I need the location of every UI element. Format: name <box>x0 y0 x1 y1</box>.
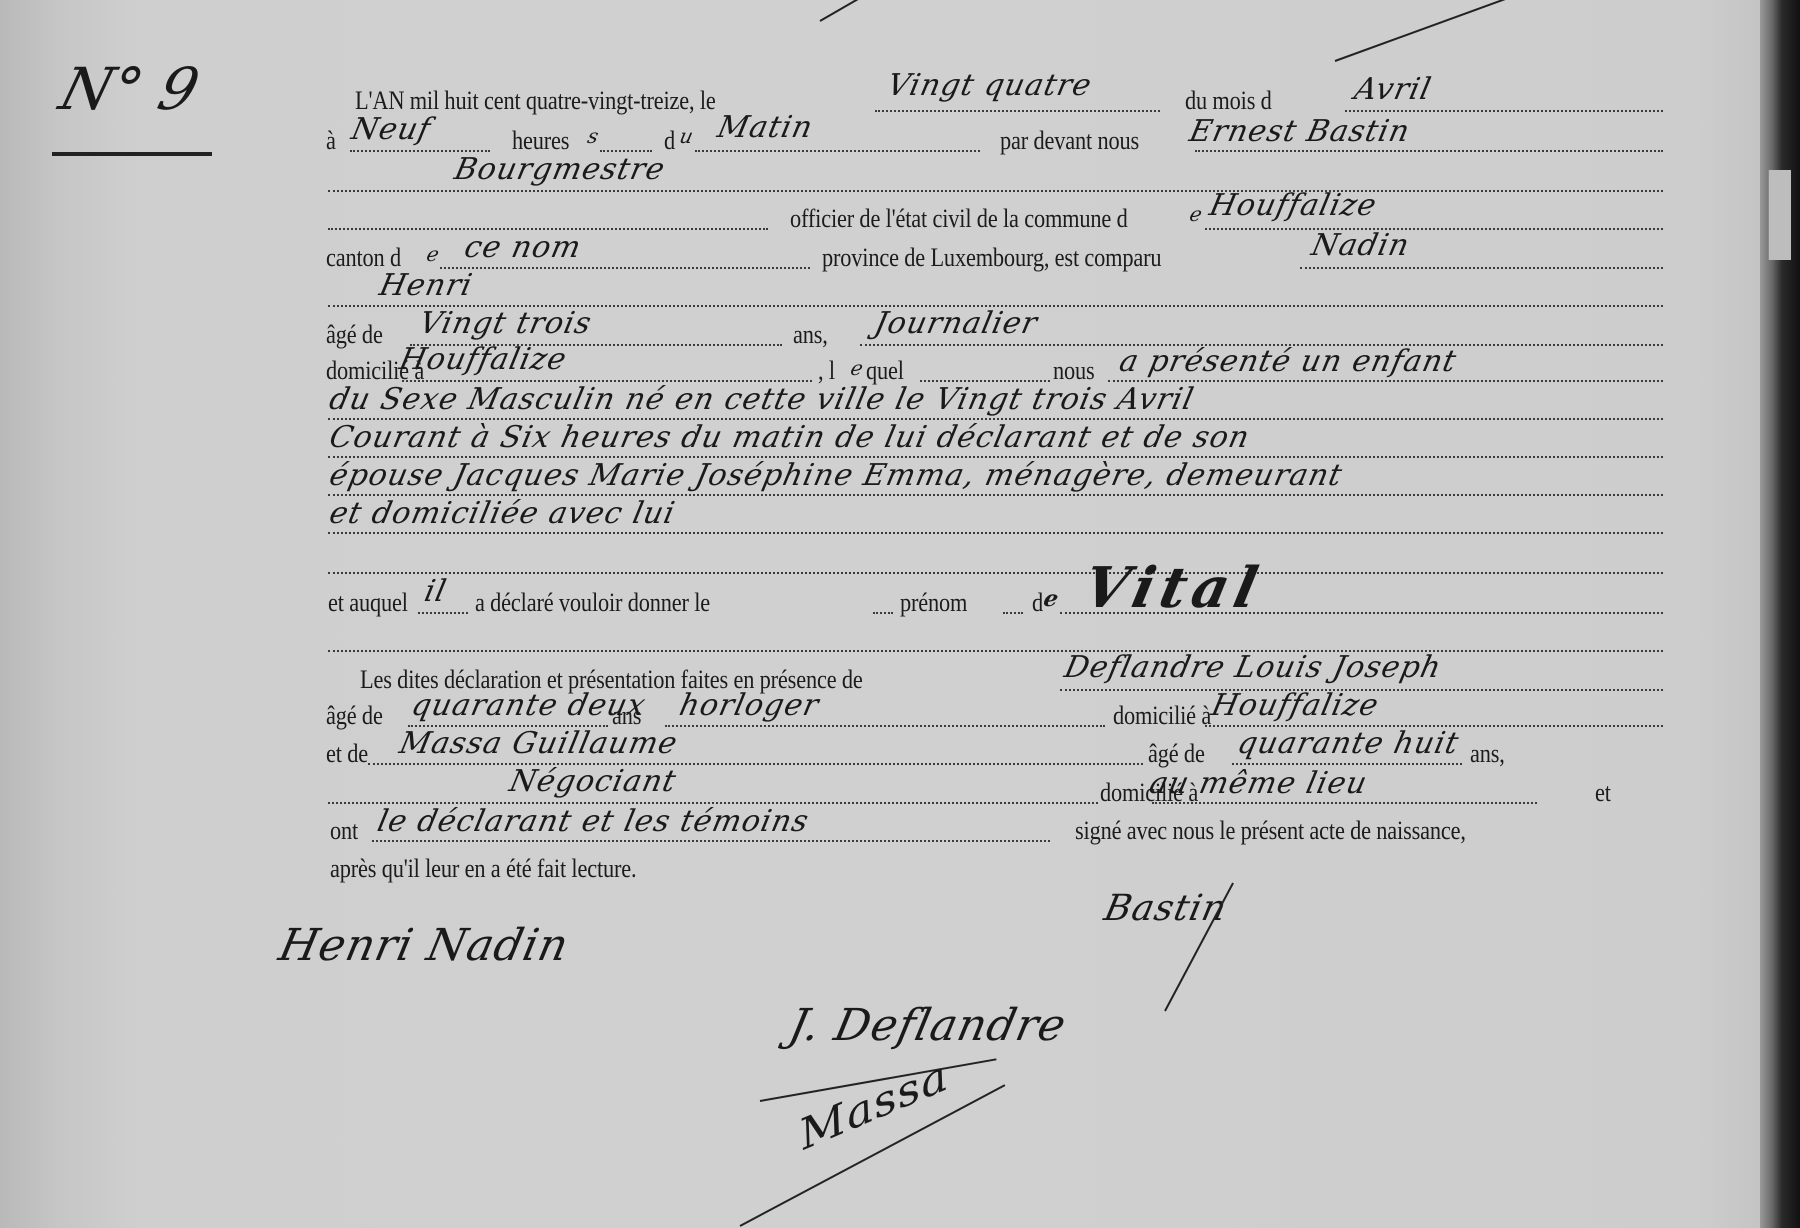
form-line-5b: province de Luxembourg, est comparu <box>822 243 1161 273</box>
form-line-1b: du mois d <box>1185 86 1272 116</box>
handwritten-commune: Houffalize <box>1206 188 1380 223</box>
fill-line-time-of-day <box>695 150 980 152</box>
fill-line-month <box>1345 110 1663 112</box>
handwritten-signatories: le déclarant et les témoins <box>374 804 812 839</box>
printed-text: ont <box>330 816 358 845</box>
handwritten-day: Vingt quatre <box>884 68 1095 103</box>
printed-text: a déclaré vouloir donner le <box>475 588 710 617</box>
handwritten-declarant-occupation: Journalier <box>871 306 1041 341</box>
printed-text: âgé de <box>326 701 383 730</box>
handwritten-declarant-age: Vingt trois <box>416 306 595 341</box>
fill-line-witness1-occupation <box>665 725 1105 727</box>
form-line-7b: ans, <box>793 320 828 350</box>
fill-line-commune <box>1205 228 1663 230</box>
handwritten-presented-5: et domiciliée avec lui <box>326 496 678 531</box>
fill-line-declarant-surname <box>1300 267 1663 269</box>
handwritten-witness2-name: Massa Guillaume <box>396 726 681 761</box>
fill-line <box>873 612 893 614</box>
fill-line <box>328 532 1663 534</box>
handwritten-declarant-surname: Nadin <box>1308 228 1413 263</box>
printed-text: officier de l'état civil de la commune d <box>790 204 1128 233</box>
handwritten-witness1-occupation: horloger <box>676 688 822 723</box>
printed-text: prénom <box>900 588 967 617</box>
handwritten-officer-name: Ernest Bastin <box>1186 114 1413 149</box>
fill-line-officer-name <box>1195 150 1663 152</box>
form-line-14c: prénom <box>900 588 967 618</box>
printed-text: et auquel <box>328 588 408 617</box>
form-line-17: âgé de <box>326 701 383 731</box>
handwritten-witness1-domicile: Houffalize <box>1208 688 1382 723</box>
fill-line <box>328 572 1663 574</box>
printed-text: et <box>1595 778 1611 807</box>
printed-text: province de Luxembourg, est comparu <box>822 243 1161 272</box>
form-line-20: ont <box>330 816 358 846</box>
handwritten-hour: Neuf <box>348 112 434 147</box>
fill-line <box>328 650 1663 652</box>
form-line-18: et de <box>326 739 368 769</box>
form-line-4: officier de l'état civil de la commune d <box>790 204 1128 234</box>
page-tab <box>1768 170 1791 260</box>
handwritten-witness2-occupation: Négociant <box>506 764 679 799</box>
signature-declarant: Henri Nadin <box>275 920 574 971</box>
fill-line-pronoun <box>418 612 468 614</box>
entry-number-underline <box>52 152 212 156</box>
handwritten-witness2-age: quarante huit <box>1234 726 1462 761</box>
printed-text: heures <box>512 126 569 155</box>
fill-line <box>1003 612 1023 614</box>
printed-text: quel <box>866 356 904 385</box>
form-line-7: âgé de <box>326 320 383 350</box>
printed-text: par devant nous <box>1000 126 1139 155</box>
printed-text: , l <box>818 356 835 385</box>
handwritten-canton: ce nom <box>461 230 584 265</box>
form-line-2: à <box>326 126 336 156</box>
handwritten-presented-4: épouse Jacques Marie Joséphine Emma, mén… <box>326 458 1346 493</box>
printed-text: et de <box>326 739 368 768</box>
fill-line-witness2-age <box>1232 763 1462 765</box>
handwritten-presented-1: a présenté un enfant <box>1116 344 1460 379</box>
printed-text: L'AN mil huit cent quatre-vingt-treize, … <box>355 86 716 115</box>
form-line-21: après qu'il leur en a été fait lecture. <box>330 854 636 884</box>
printed-text: d <box>1032 588 1043 617</box>
form-line-14: et auquel <box>328 588 408 618</box>
form-line-18c: ans, <box>1470 739 1505 769</box>
handwritten-witness2-domicile: au même lieu <box>1146 766 1370 801</box>
printed-text: domicilié à <box>1113 701 1211 730</box>
form-line-14b: a déclaré vouloir donner le <box>475 588 710 618</box>
printed-text: ans, <box>793 320 828 349</box>
printed-text: signé avec nous le présent acte de naiss… <box>1075 816 1466 845</box>
fill-line-day <box>875 110 1160 112</box>
form-line-19b: et <box>1595 778 1611 808</box>
handwritten-declarant-firstname: Henri <box>376 268 476 303</box>
fill-line-signatories <box>372 840 1050 842</box>
entry-number: N° 9 <box>53 55 206 123</box>
form-line-14d: d <box>1032 588 1043 618</box>
handwritten-declarant-domicile: Houffalize <box>396 342 570 377</box>
printed-text: nous <box>1053 356 1095 385</box>
printed-text: âgé de <box>326 320 383 349</box>
handwritten-time-of-day: Matin <box>714 110 816 145</box>
printed-text: après qu'il leur en a été fait lecture. <box>330 854 636 883</box>
form-line-20b: signé avec nous le présent acte de naiss… <box>1075 816 1466 846</box>
fill-line-officer-title <box>328 190 1663 192</box>
handwritten-presented-3: Courant à Six heures du matin de lui déc… <box>326 420 1253 455</box>
handwritten-month: Avril <box>1351 72 1434 107</box>
fill-line-witness2-name <box>368 763 1143 765</box>
form-line-2d: par devant nous <box>1000 126 1139 156</box>
handwritten-presented-2: du Sexe Masculin né en cette ville le Vi… <box>326 382 1197 417</box>
fill-line-canton <box>440 267 810 269</box>
printed-text: d <box>664 126 675 155</box>
handwritten-witness1-name: Deflandre Louis Joseph <box>1061 650 1445 685</box>
printed-text: à <box>326 126 336 155</box>
form-line-18b: âgé de <box>1148 739 1205 769</box>
printed-text: âgé de <box>1148 739 1205 768</box>
handwritten-officer-title: Bourgmestre <box>451 152 668 187</box>
printed-text: du mois d <box>1185 86 1272 115</box>
signature-witness1: J. Deflandre <box>785 1000 1072 1051</box>
printed-text: ans, <box>1470 739 1505 768</box>
fill-line-witness2-domicile <box>1152 802 1537 804</box>
handwritten-child-name: Vital <box>1078 555 1269 621</box>
form-line-17c: domicilié à <box>1113 701 1211 731</box>
